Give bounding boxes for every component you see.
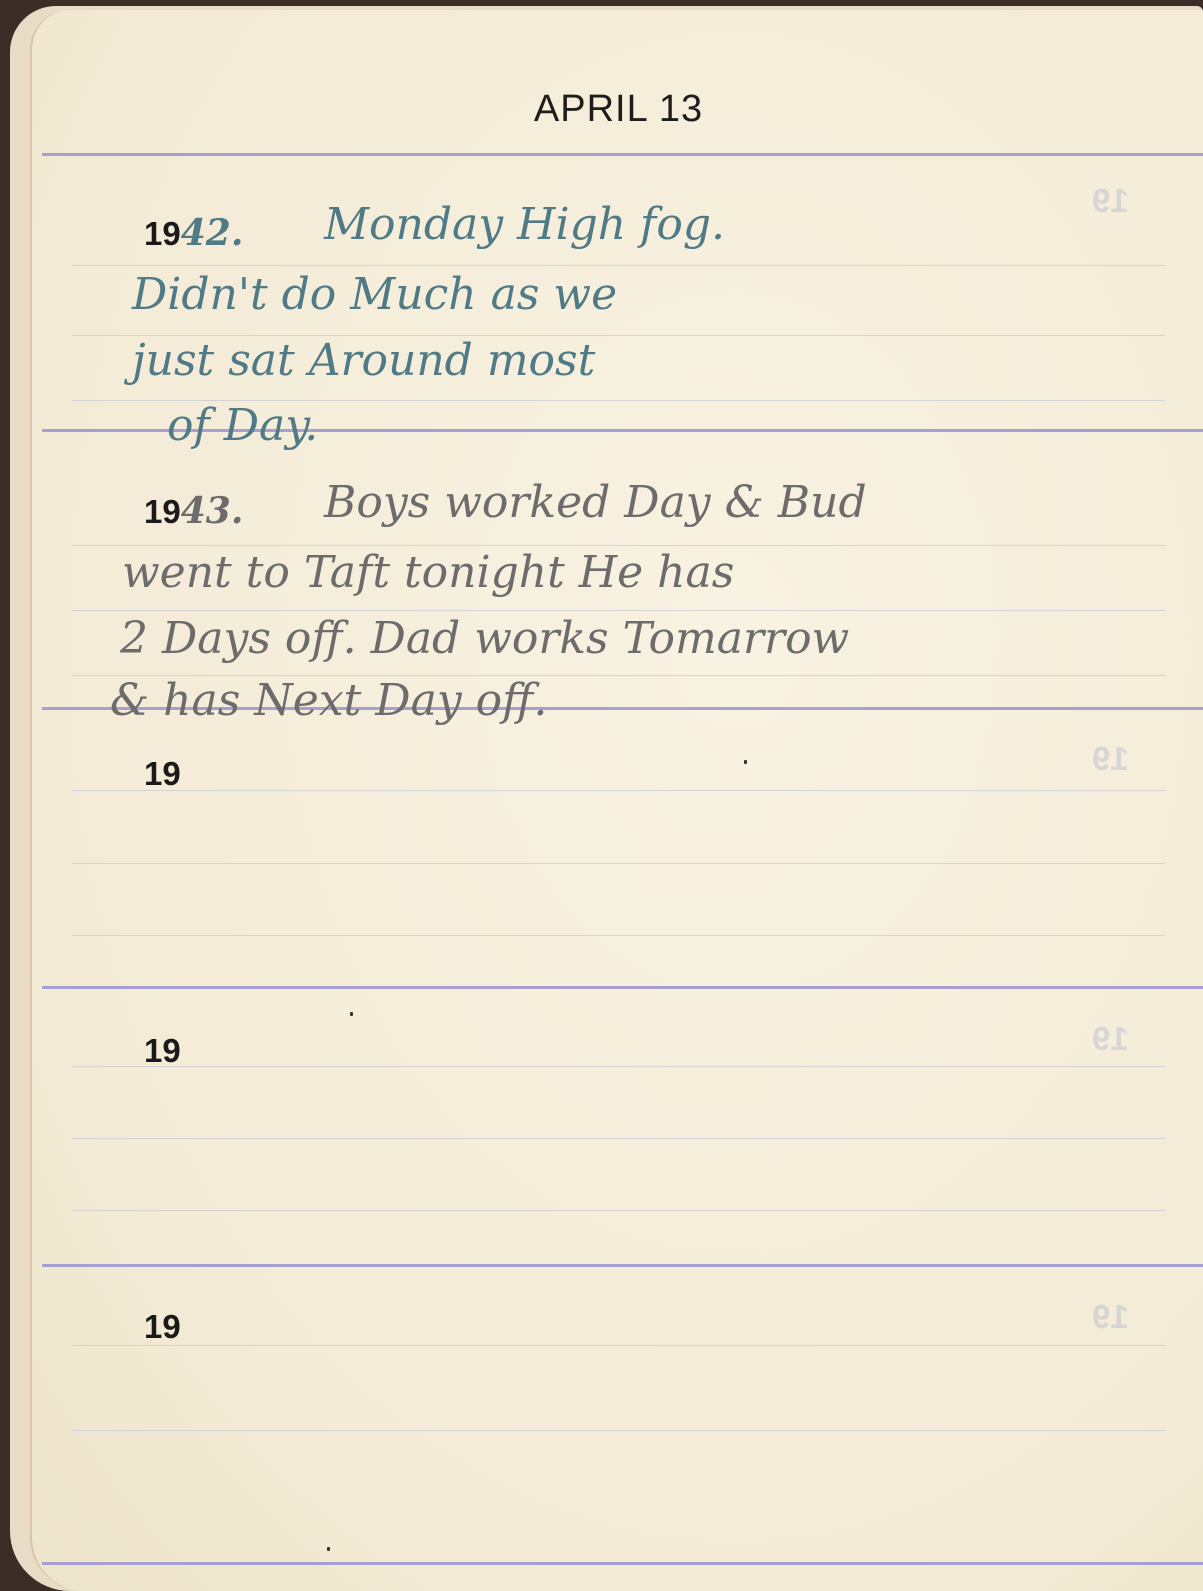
handwritten-year: 43. xyxy=(181,490,244,532)
diary-page: APRIL 13 19 19 19 19 1942. Monday High f… xyxy=(30,10,1203,1591)
writing-line xyxy=(72,790,1165,791)
writing-line xyxy=(72,1138,1165,1139)
handwritten-line: of Day. xyxy=(167,395,318,457)
handwritten-line: went to Taft tonight He has xyxy=(122,542,734,604)
handwritten-line: Didn't do Much as we xyxy=(132,264,617,326)
section-rule xyxy=(42,1264,1203,1267)
section-rule xyxy=(42,153,1203,156)
section-rule xyxy=(42,986,1203,989)
handwritten-line: Monday High fog. xyxy=(324,194,725,256)
writing-line xyxy=(72,1430,1165,1431)
handwritten-line: just sat Around most xyxy=(132,330,595,392)
year-label-empty: 19 xyxy=(144,1032,181,1070)
writing-line xyxy=(72,935,1165,936)
year-label: 1943. xyxy=(144,480,243,542)
ghost-year-label: 19 xyxy=(1092,1298,1129,1336)
ghost-year-label: 19 xyxy=(1092,1020,1129,1058)
year-label: 1942. xyxy=(144,202,243,264)
ghost-year-label: 19 xyxy=(1092,740,1129,778)
year-label-empty: 19 xyxy=(144,1308,181,1346)
writing-line xyxy=(72,863,1165,864)
paper-speck xyxy=(327,1547,330,1551)
paper-speck xyxy=(744,760,747,764)
handwritten-line: & has Next Day off. xyxy=(110,670,547,732)
date-heading: APRIL 13 xyxy=(32,88,1203,131)
writing-line xyxy=(72,1210,1165,1211)
year-label-empty: 19 xyxy=(144,755,181,793)
handwritten-line: 2 Days off. Dad works Tomarrow xyxy=(120,608,849,670)
section-rule xyxy=(42,1562,1203,1565)
handwritten-year: 42. xyxy=(181,212,244,254)
writing-line xyxy=(72,1345,1165,1346)
paper-speck xyxy=(350,1012,353,1016)
ghost-year-label: 19 xyxy=(1092,182,1129,220)
handwritten-line: Boys worked Day & Bud xyxy=(324,472,867,534)
writing-line xyxy=(72,1066,1165,1067)
